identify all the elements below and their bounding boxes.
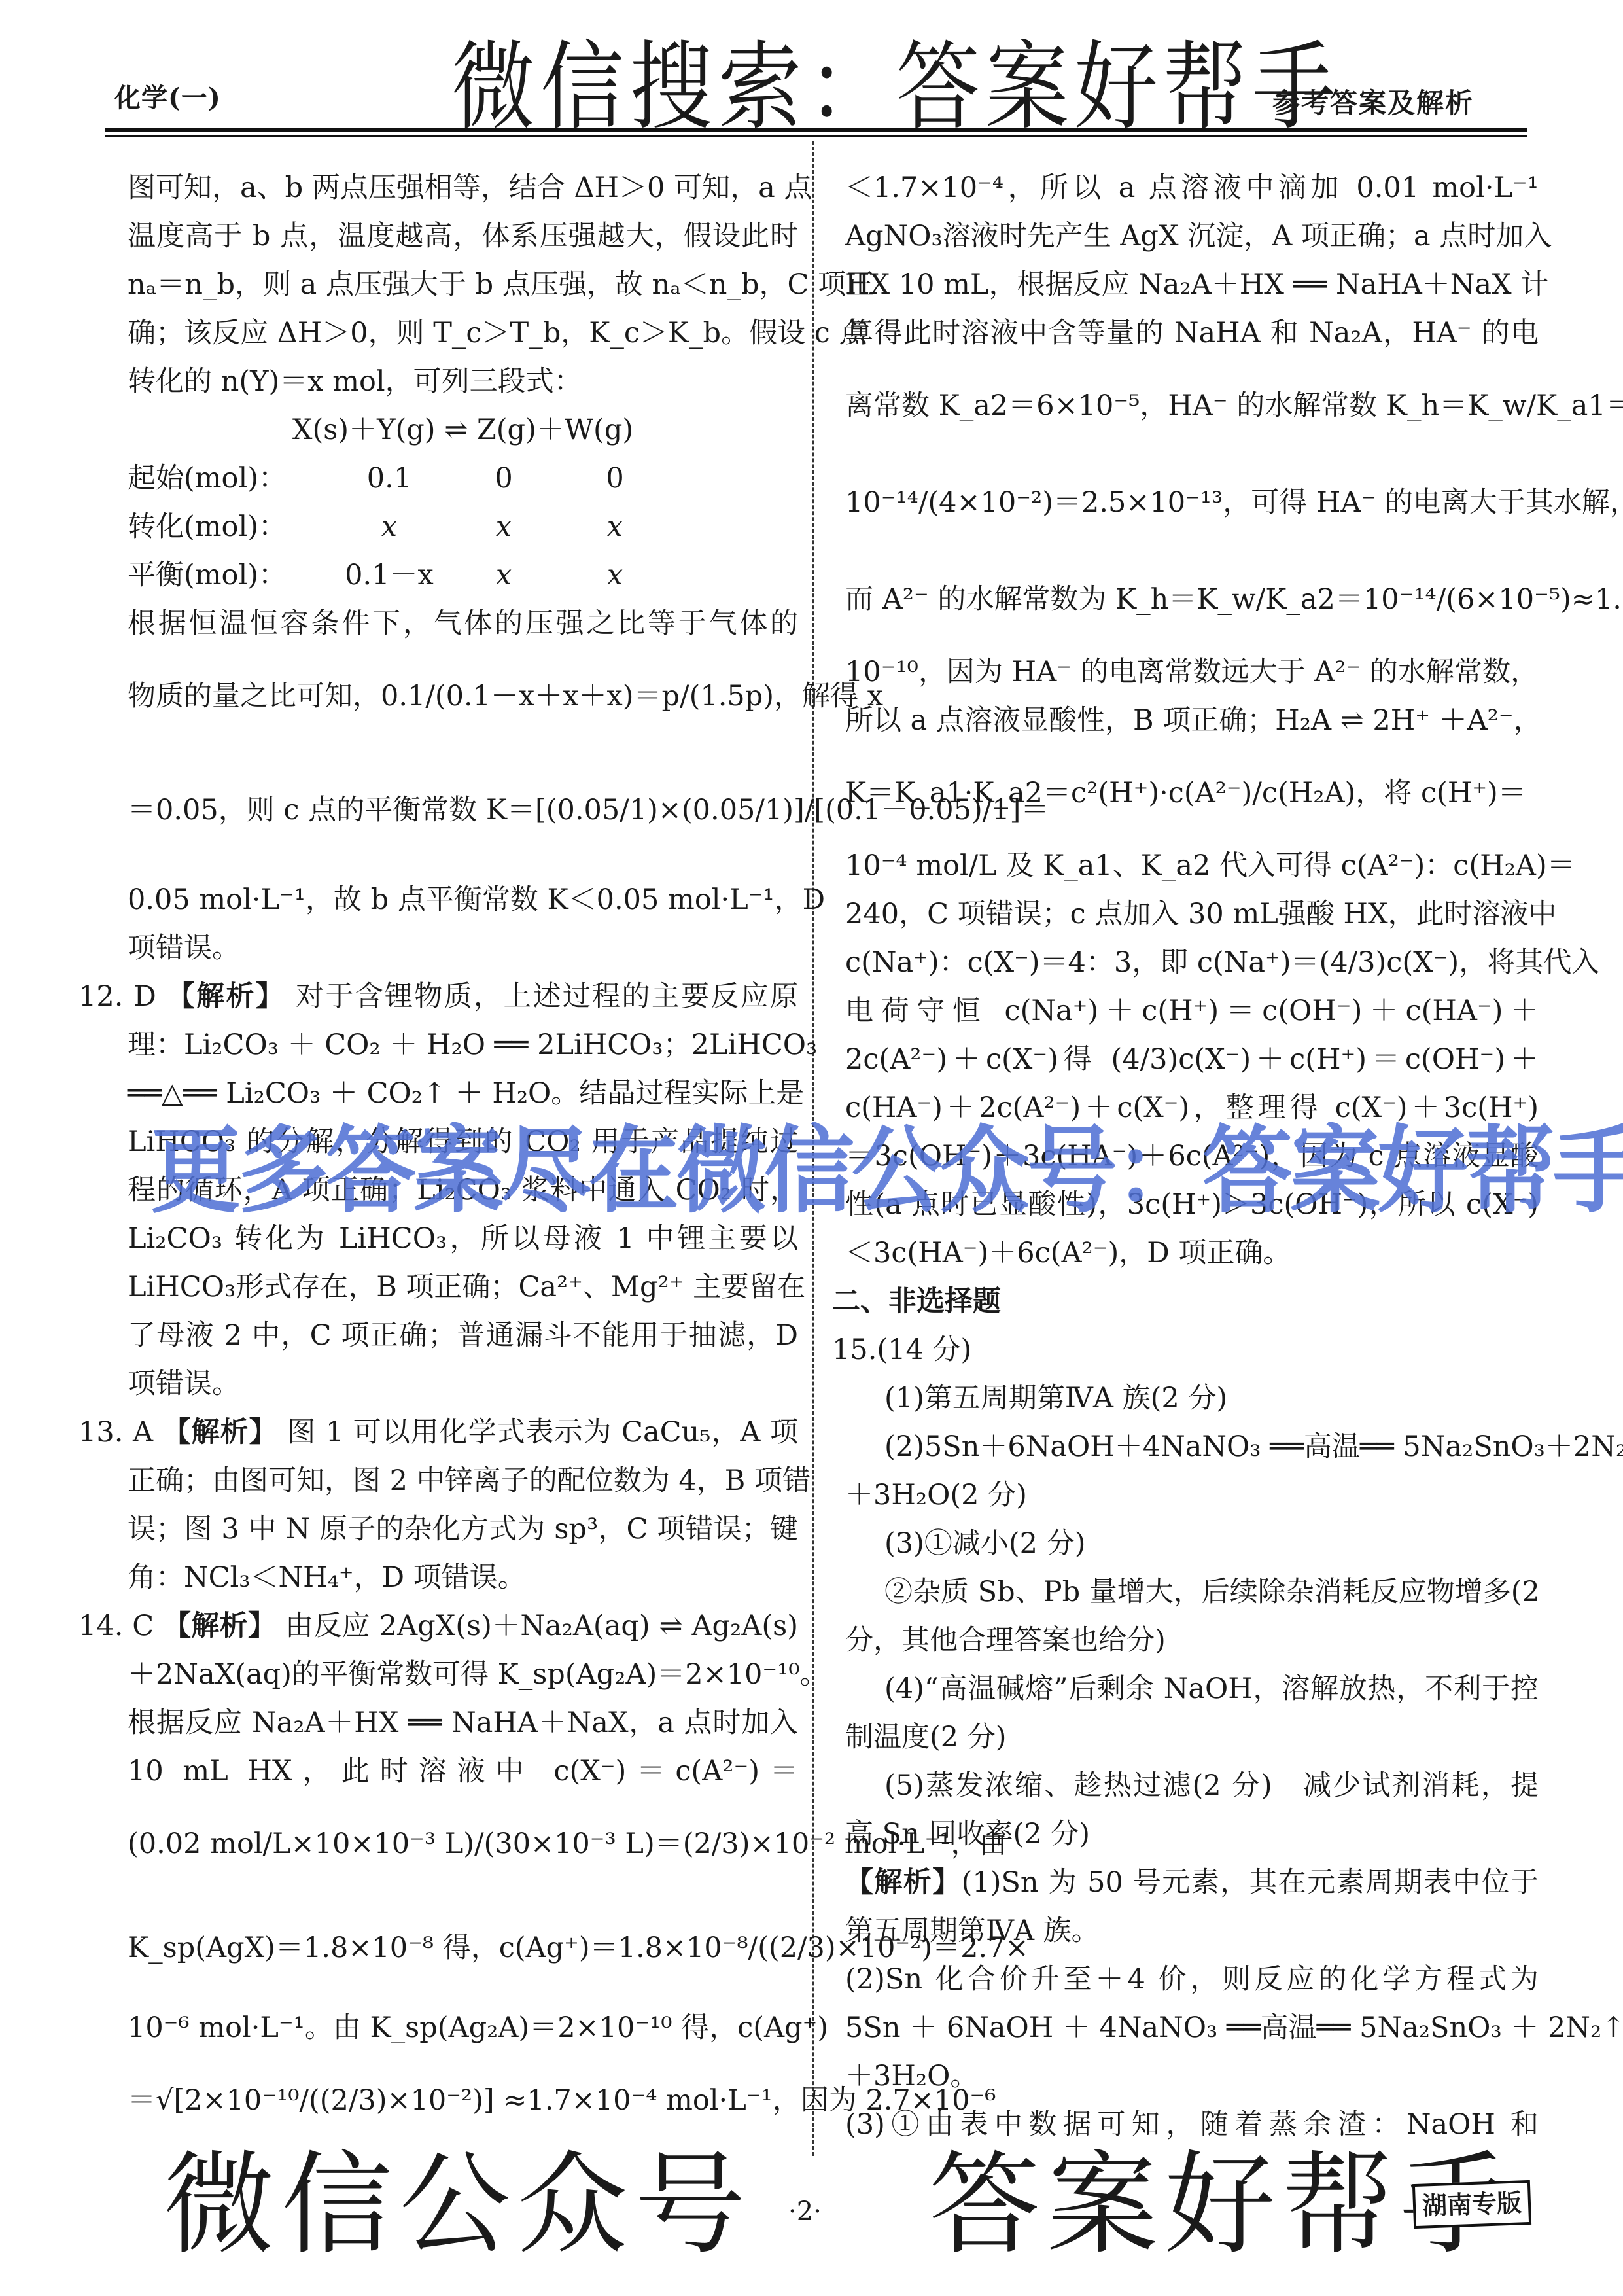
text-line: 角：NCl₃＜NH₄⁺，D 项错误。 bbox=[128, 1553, 798, 1602]
q13-line: 13. A 【解析】 图 1 可以用化学式表示为 CaCu₅，A 项 bbox=[79, 1408, 798, 1457]
footer-banner-left: 微信公众号 bbox=[164, 2133, 752, 2277]
cell-w: x bbox=[559, 503, 671, 551]
text-line: 对于含锂物质，上述过程的主要反应原 bbox=[296, 980, 798, 1013]
text-line: 离常数 K_a2＝6×10⁻⁵，HA⁻ 的水解常数 K_h＝K_w/K_a1＝ bbox=[845, 357, 1539, 454]
text-line: 10⁻¹⁰，因为 HA⁻ 的电离常数远大于 A²⁻ 的水解常数， bbox=[845, 648, 1539, 696]
three-stage-row-equilibrium: 平衡(mol)： 0.1－x x x bbox=[128, 551, 798, 599]
watermark-banner: 更多答案尽在微信公众号：答案好帮手 bbox=[150, 1103, 1446, 1240]
text-line: 所以 a 点溶液显酸性，B 项正确；H₂A ⇌ 2H⁺ ＋A²⁻， bbox=[845, 696, 1539, 745]
analysis-line: 5Sn ＋ 6NaOH ＋ 4NaNO₃ ══高温══ 5Na₂SnO₃ ＋ 2… bbox=[845, 2004, 1539, 2052]
analysis-line: 第五周期第ⅣA 族。 bbox=[845, 1907, 1539, 1955]
analysis-line: (2)Sn 化合价升至＋4 价，则反应的化学方程式为 bbox=[845, 1955, 1539, 2004]
text-line: LiHCO₃形式存在，B 项正确；Ca²⁺、Mg²⁺ 主要留在 bbox=[128, 1263, 798, 1311]
text-line: 根据反应 Na₂A＋HX ══ NaHA＋NaX，a 点时加入 bbox=[128, 1699, 798, 1747]
text-line: K_sp(AgX)＝1.8×10⁻⁸ 得，c(Ag⁺)＝1.8×10⁻⁸/((2… bbox=[128, 1892, 798, 2004]
edition-badge: 湖南专版 bbox=[1412, 2180, 1531, 2229]
text-line: 10⁻⁶ mol·L⁻¹。由 K_sp(Ag₂A)＝2×10⁻¹⁰ 得，c(Ag… bbox=[128, 2004, 798, 2052]
text-line: (1)Sn 为 50 号元素，其在元素周期表中位于 bbox=[962, 1866, 1539, 1899]
cell-y: 0.1 bbox=[330, 454, 448, 503]
answer-line: ②杂质 Sb、Pb 量增大，后续除杂消耗反应物增多(2 bbox=[845, 1568, 1539, 1616]
analysis-line: ＋3H₂O。 bbox=[845, 2052, 1539, 2100]
q12-line: 12. D 【解析】 对于含锂物质，上述过程的主要反应原 bbox=[79, 972, 798, 1021]
text-line: AgNO₃溶液时先产生 AgX 沉淀，A 项正确；a 点时加入 bbox=[845, 212, 1539, 260]
q14-line: 14. C 【解析】 由反应 2AgX(s)＋Na₂A(aq) ⇌ Ag₂A(s… bbox=[79, 1602, 798, 1650]
text-line: 转化的 n(Y)＝x mol，可列三段式： bbox=[128, 357, 798, 406]
text-line: 误；图 3 中 N 原子的杂化方式为 sp³，C 项错误；键 bbox=[128, 1505, 798, 1553]
text-line: 根据恒温恒容条件下，气体的压强之比等于气体的 bbox=[128, 599, 798, 648]
text-line: c(Na⁺)：c(X⁻)＝4：3，即 c(Na⁺)＝(4/3)c(X⁻)，将其代… bbox=[845, 938, 1539, 987]
text-line: 算得此时溶液中含等量的 NaHA 和 Na₂A，HA⁻ 的电 bbox=[845, 309, 1539, 357]
text-line: 物质的量之比可知，0.1/(0.1－x＋x＋x)＝p/(1.5p)，解得 x bbox=[128, 648, 798, 745]
text-line: 正确；由图可知，图 2 中锌离子的配位数为 4，B 项错 bbox=[128, 1457, 798, 1505]
analysis-tag: 【解析】 bbox=[167, 980, 285, 1013]
text-line: 240，C 项错误；c 点加入 30 mL强酸 HX，此时溶液中 bbox=[845, 890, 1539, 938]
question-number: 14. C bbox=[79, 1610, 154, 1642]
section-heading: 二、非选择题 bbox=[832, 1277, 1539, 1326]
cell-z: x bbox=[448, 551, 559, 599]
answer-line: ＋3H₂O(2 分) bbox=[845, 1471, 1539, 1519]
header-rule-thick bbox=[105, 128, 1527, 132]
three-stage-row-change: 转化(mol)： x x x bbox=[128, 503, 798, 551]
text-line: HX 10 mL，根据反应 Na₂A＋HX ══ NaHA＋NaX 计 bbox=[845, 260, 1539, 309]
text-line: nₐ＝n_b，则 a 点压强大于 b 点压强，故 nₐ＜n_b，C 项正 bbox=[128, 260, 798, 309]
text-line: 0.05 mol·L⁻¹，故 b 点平衡常数 K＜0.05 mol·L⁻¹，D bbox=[128, 875, 798, 924]
analysis-tag: 【解析】 bbox=[163, 1416, 278, 1449]
question-number: 12. D bbox=[79, 980, 156, 1013]
text-line: ＋2NaX(aq)的平衡常数可得 K_sp(Ag₂A)＝2×10⁻¹⁰。 bbox=[128, 1650, 798, 1699]
answer-line: (5)蒸发浓缩、趁热过滤(2 分) 减少试剂消耗，提 bbox=[845, 1761, 1539, 1810]
text-line: 电荷守恒 c(Na⁺)＋c(H⁺)＝c(OH⁻)＋c(HA⁻)＋ bbox=[845, 987, 1539, 1035]
cell-w: x bbox=[559, 551, 671, 599]
text-line: 确；该反应 ΔH＞0，则 T_c＞T_b，K_c＞K_b。假设 c 点 bbox=[128, 309, 798, 357]
answer-line: 高 Sn 回收率(2 分) bbox=[845, 1810, 1539, 1858]
text-line: 10⁻⁴ mol/L 及 K_a1、K_a2 代入可得 c(A²⁻)：c(H₂A… bbox=[845, 841, 1539, 890]
text-line: 由反应 2AgX(s)＋Na₂A(aq) ⇌ Ag₂A(s) bbox=[285, 1610, 798, 1642]
analysis-tag: 【解析】 bbox=[845, 1866, 962, 1899]
analysis-tag: 【解析】 bbox=[163, 1610, 276, 1642]
row-label: 转化(mol)： bbox=[128, 503, 330, 551]
text-line: 了母液 2 中，C 项正确；普通漏斗不能用于抽滤，D bbox=[128, 1311, 798, 1360]
analysis-line: 【解析】(1)Sn 为 50 号元素，其在元素周期表中位于 bbox=[845, 1858, 1539, 1907]
cell-y: x bbox=[330, 503, 448, 551]
equilibrium-equation: X(s)＋Y(g) ⇌ Z(g)＋W(g) bbox=[128, 406, 798, 454]
text-line: 温度高于 b 点，温度越高，体系压强越大，假设此时 bbox=[128, 212, 798, 260]
text-line: 项错误。 bbox=[128, 924, 798, 972]
three-stage-row-start: 起始(mol)： 0.1 0 0 bbox=[128, 454, 798, 503]
header-rule-thin bbox=[105, 135, 1527, 137]
row-label: 平衡(mol)： bbox=[128, 551, 330, 599]
text-line: (0.02 mol/L×10×10⁻³ L)/(30×10⁻³ L)＝(2/3)… bbox=[128, 1795, 798, 1892]
text-line: ＝0.05，则 c 点的平衡常数 K＝[(0.05/1)×(0.05/1)]/[… bbox=[128, 745, 798, 875]
page-number: ·2· bbox=[788, 2195, 822, 2228]
question-number: 15.(14 分) bbox=[832, 1326, 1539, 1374]
cell-z: x bbox=[448, 503, 559, 551]
subject-label: 化学(一) bbox=[114, 77, 221, 115]
text-line: 10⁻¹⁴/(4×10⁻²)＝2.5×10⁻¹³，可得 HA⁻ 的电离大于其水解… bbox=[845, 454, 1539, 551]
answer-line: (3)①减小(2 分) bbox=[845, 1519, 1539, 1568]
answer-line: 制温度(2 分) bbox=[845, 1713, 1539, 1761]
cell-z: 0 bbox=[448, 454, 559, 503]
section-label: 参考答案及解析 bbox=[1272, 82, 1474, 121]
answer-line: (4)“高温碱熔”后剩余 NaOH，溶解放热，不利于控 bbox=[845, 1665, 1539, 1713]
cell-w: 0 bbox=[559, 454, 671, 503]
row-label: 起始(mol)： bbox=[128, 454, 330, 503]
answer-line: (1)第五周期第ⅣA 族(2 分) bbox=[845, 1374, 1539, 1422]
text-line: K＝K_a1·K_a2＝c²(H⁺)·c(A²⁻)/c(H₂A)，将 c(H⁺)… bbox=[845, 745, 1539, 841]
text-line: 项错误。 bbox=[128, 1360, 798, 1408]
text-line: ＜1.7×10⁻⁴，所以 a 点溶液中滴加 0.01 mol·L⁻¹ bbox=[845, 164, 1539, 212]
answer-line: (2)5Sn＋6NaOH＋4NaNO₃ ══高温══ 5Na₂SnO₃＋2N₂↑ bbox=[845, 1422, 1539, 1471]
text-line: 图可知，a、b 两点压强相等，结合 ΔH＞0 可知，a 点 bbox=[128, 164, 798, 212]
question-number: 13. A bbox=[79, 1416, 153, 1449]
text-line: 理：Li₂CO₃ ＋ CO₂ ＋ H₂O ══ 2LiHCO₃；2LiHCO₃ bbox=[128, 1021, 798, 1069]
text-line: 而 A²⁻ 的水解常数为 K_h＝K_w/K_a2＝10⁻¹⁴/(6×10⁻⁵)… bbox=[845, 551, 1539, 648]
banner-title: 微信搜索：答案好帮手 bbox=[451, 31, 1341, 145]
text-line: 图 1 可以用化学式表示为 CaCu₅，A 项 bbox=[287, 1416, 798, 1449]
answer-line: 分，其他合理答案也给分) bbox=[845, 1616, 1539, 1665]
text-line: 2c(A²⁻)＋c(X⁻)得 (4/3)c(X⁻)＋c(H⁺)＝c(OH⁻)＋ bbox=[845, 1035, 1539, 1084]
text-line: 10 mL HX，此时溶液中 c(X⁻)＝c(A²⁻)＝ bbox=[128, 1747, 798, 1795]
cell-y: 0.1－x bbox=[330, 551, 448, 599]
